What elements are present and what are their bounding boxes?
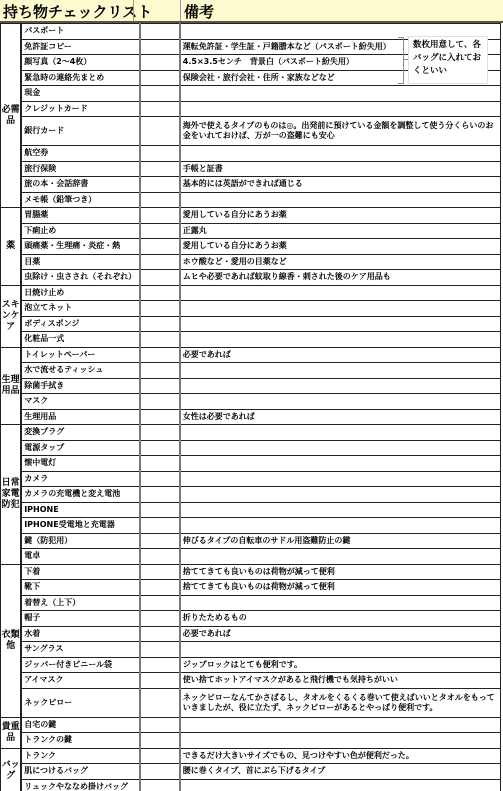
note-cell bbox=[180, 779, 501, 791]
table-row: アイマスク使い捨てホットアイマスクがあると飛行機でも気持ちがいい bbox=[1, 673, 501, 689]
item-name: 旅行保険 bbox=[21, 161, 140, 177]
check-cell[interactable] bbox=[140, 177, 179, 193]
check-cell[interactable] bbox=[140, 161, 179, 177]
item-name: 電卓 bbox=[21, 549, 140, 565]
check-cell[interactable] bbox=[140, 533, 179, 549]
category-label: 衣類他 bbox=[1, 564, 22, 717]
check-cell[interactable] bbox=[140, 471, 179, 487]
table-row: 電卓 bbox=[1, 549, 501, 565]
item-name: 緊急時の連絡先まとめ bbox=[21, 70, 140, 86]
note-cell: 正露丸 bbox=[180, 223, 501, 239]
note-cell bbox=[180, 316, 501, 332]
item-name: 着替え（上下） bbox=[21, 595, 140, 611]
category-label: スキンケア bbox=[1, 285, 22, 347]
category-label: バッグ bbox=[1, 748, 22, 791]
item-name: 銀行カード bbox=[21, 117, 140, 146]
check-cell[interactable] bbox=[140, 595, 179, 611]
table-row: バッグトランクできるだけ大きいサイズでもの、見つけやすい色が便利だった。 bbox=[1, 748, 501, 764]
item-name: 下痢止め bbox=[21, 223, 140, 239]
item-name: 航空券 bbox=[21, 146, 140, 162]
check-cell[interactable] bbox=[140, 487, 179, 503]
item-name: ネックピロー bbox=[21, 688, 140, 717]
note-cell bbox=[180, 642, 501, 658]
note-cell: 捨ててきても良いものは荷物が減って便利 bbox=[180, 564, 501, 580]
item-name: 帽子 bbox=[21, 611, 140, 627]
check-cell[interactable] bbox=[140, 117, 179, 146]
item-name: 自宅の鍵 bbox=[21, 717, 140, 733]
item-name: 胃腸薬 bbox=[21, 208, 140, 224]
category-label: 貴重品 bbox=[1, 717, 22, 748]
check-cell[interactable] bbox=[140, 518, 179, 534]
item-name: 現金 bbox=[21, 86, 140, 102]
table-row: IPHONE受電地と充電器 bbox=[1, 518, 501, 534]
check-cell[interactable] bbox=[140, 673, 179, 689]
table-row: 泡立てネット bbox=[1, 301, 501, 317]
table-row: 着替え（上下） bbox=[1, 595, 501, 611]
check-cell[interactable] bbox=[140, 378, 179, 394]
check-cell[interactable] bbox=[140, 642, 179, 658]
item-name: メモ帳（鉛筆つき） bbox=[21, 192, 140, 208]
check-cell[interactable] bbox=[140, 86, 179, 102]
item-name: トイレットペーパー bbox=[21, 347, 140, 363]
check-cell[interactable] bbox=[140, 208, 179, 224]
check-cell[interactable] bbox=[140, 332, 179, 348]
note-cell: 愛用している自分にあうお薬 bbox=[180, 239, 501, 255]
check-cell[interactable] bbox=[140, 502, 179, 518]
item-name: ボディスポンジ bbox=[21, 316, 140, 332]
column-divider bbox=[133, 0, 134, 21]
item-name: 目薬 bbox=[21, 254, 140, 270]
check-cell[interactable] bbox=[140, 440, 179, 456]
note-cell bbox=[180, 363, 501, 379]
item-name: 泡立てネット bbox=[21, 301, 140, 317]
check-cell[interactable] bbox=[140, 363, 179, 379]
item-name: IPHONE bbox=[21, 502, 140, 518]
check-cell[interactable] bbox=[140, 549, 179, 565]
table-row: 衣類他下着捨ててきても良いものは荷物が減って便利 bbox=[1, 564, 501, 580]
table-row: 薬胃腸薬愛用している自分にあうお薬 bbox=[1, 208, 501, 224]
note-cell bbox=[180, 518, 501, 534]
table-row: カメラ bbox=[1, 471, 501, 487]
note-cell: 折りたためるもの bbox=[180, 611, 501, 627]
table-row: 頭痛薬・生理痛・炎症・熱愛用している自分にあうお薬 bbox=[1, 239, 501, 255]
check-cell[interactable] bbox=[140, 394, 179, 410]
table-row: マスク bbox=[1, 394, 501, 410]
note-cell: 捨ててきても良いものは荷物が減って便利 bbox=[180, 580, 501, 596]
header-row: 持ち物チェックリスト 備考 bbox=[0, 0, 503, 23]
note-cell bbox=[180, 425, 501, 441]
item-name: カメラ bbox=[21, 471, 140, 487]
table-row: 電源タップ bbox=[1, 440, 501, 456]
table-row: トランクの鍵 bbox=[1, 733, 501, 749]
note-cell: 使い捨てホットアイマスクがあると飛行機でも気持ちがいい bbox=[180, 673, 501, 689]
note-cell bbox=[180, 717, 501, 733]
item-name: 水着 bbox=[21, 626, 140, 642]
table-row: 貴重品自宅の鍵 bbox=[1, 717, 501, 733]
note-cell: 手帳と証書 bbox=[180, 161, 501, 177]
check-cell[interactable] bbox=[140, 409, 179, 425]
note-cell bbox=[180, 502, 501, 518]
item-name: 除菌手拭き bbox=[21, 378, 140, 394]
item-name: ジッパー付きビニール袋 bbox=[21, 657, 140, 673]
note-cell: 基本的には英語ができれば通じる bbox=[180, 177, 501, 193]
table-row: 銀行カード海外で使えるタイプのものは◎。出発前に預けている金額を調整して使う分く… bbox=[1, 117, 501, 146]
item-name: 変換プラグ bbox=[21, 425, 140, 441]
table-row: 水で流せるティッシュ bbox=[1, 363, 501, 379]
note-cell: ジップロックはとても便利です。 bbox=[180, 657, 501, 673]
item-name: 免許証コピー bbox=[21, 39, 140, 55]
check-cell[interactable] bbox=[140, 101, 179, 117]
note-cell bbox=[180, 487, 501, 503]
item-name: トランクの鍵 bbox=[21, 733, 140, 749]
item-name: 虫除け・虫さされ（それぞれ） bbox=[21, 270, 140, 286]
check-cell[interactable] bbox=[140, 146, 179, 162]
item-name: 日焼け止め bbox=[21, 285, 140, 301]
check-cell[interactable] bbox=[140, 70, 179, 86]
item-name: 肌につけるバッグ bbox=[21, 764, 140, 780]
category-label: 薬 bbox=[1, 208, 22, 286]
table-row: 下痢止め正露丸 bbox=[1, 223, 501, 239]
note-cell: ホウ酸など・愛用の目薬など bbox=[180, 254, 501, 270]
note-cell bbox=[180, 733, 501, 749]
check-cell[interactable] bbox=[140, 717, 179, 733]
table-row: スキンケア日焼け止め bbox=[1, 285, 501, 301]
note-cell bbox=[180, 285, 501, 301]
note-cell: 必要であれば bbox=[180, 626, 501, 642]
item-name: マスク bbox=[21, 394, 140, 410]
table-row: メモ帳（鉛筆つき） bbox=[1, 192, 501, 208]
note-cell bbox=[180, 456, 501, 472]
item-name: 頭痛薬・生理痛・炎症・熱 bbox=[21, 239, 140, 255]
table-row: カメラの充電機と変え電池 bbox=[1, 487, 501, 503]
table-row: 除菌手拭き bbox=[1, 378, 501, 394]
table-row: ジッパー付きビニール袋ジップロックはとても便利です。 bbox=[1, 657, 501, 673]
table-row: 旅の本・会話辞書基本的には英語ができれば通じる bbox=[1, 177, 501, 193]
check-cell[interactable] bbox=[140, 456, 179, 472]
item-name: トランク bbox=[21, 748, 140, 764]
check-cell[interactable] bbox=[140, 626, 179, 642]
check-cell[interactable] bbox=[140, 779, 179, 791]
item-name: 旅の本・会話辞書 bbox=[21, 177, 140, 193]
check-cell[interactable] bbox=[140, 580, 179, 596]
note-cell: 必要であれば bbox=[180, 347, 501, 363]
check-cell[interactable] bbox=[140, 39, 179, 55]
check-cell[interactable] bbox=[140, 285, 179, 301]
table-row: サングラス bbox=[1, 642, 501, 658]
sheet-title: 持ち物チェックリスト bbox=[3, 1, 152, 22]
table-row: 虫除け・虫さされ（それぞれ）ムヒや必要であれば蚊取り線香・刺された後のケア用品も bbox=[1, 270, 501, 286]
notes-column-title: 備考 bbox=[184, 1, 214, 22]
note-cell bbox=[180, 301, 501, 317]
category-label: 生理用品 bbox=[1, 347, 22, 425]
check-cell[interactable] bbox=[140, 657, 179, 673]
item-name: IPHONE受電地と充電器 bbox=[21, 518, 140, 534]
check-cell[interactable] bbox=[140, 688, 179, 717]
item-name: サングラス bbox=[21, 642, 140, 658]
table-row: IPHONE bbox=[1, 502, 501, 518]
table-row: 靴下捨ててきても良いものは荷物が減って便利 bbox=[1, 580, 501, 596]
check-cell[interactable] bbox=[140, 425, 179, 441]
item-name: 顔写真（2〜4枚） bbox=[21, 55, 140, 71]
note-cell: できるだけ大きいサイズでもの、見つけやすい色が便利だった。 bbox=[180, 748, 501, 764]
table-row: ネックピローネックピローなんてかさばるし、タオルをくるくる巻いて使えばいいとタオ… bbox=[1, 688, 501, 717]
table-row: 日常家電防犯変換プラグ bbox=[1, 425, 501, 441]
item-name: クレジットカード bbox=[21, 101, 140, 117]
category-label: 必需品 bbox=[1, 24, 22, 208]
item-name: 水で流せるティッシュ bbox=[21, 363, 140, 379]
note-cell: ネックピローなんてかさばるし、タオルをくるくる巻いて使えばいいとタオルをもってい… bbox=[180, 688, 501, 717]
note-cell bbox=[180, 394, 501, 410]
item-name: 靴下 bbox=[21, 580, 140, 596]
table-row: 現金 bbox=[1, 86, 501, 102]
check-cell[interactable] bbox=[140, 55, 179, 71]
note-cell bbox=[180, 332, 501, 348]
table-row: リュックやななめ掛けバッグ bbox=[1, 779, 501, 791]
note-cell: 女性は必要であれば bbox=[180, 409, 501, 425]
note-cell bbox=[180, 378, 501, 394]
check-cell[interactable] bbox=[140, 316, 179, 332]
table-row: クレジットカード bbox=[1, 101, 501, 117]
check-cell[interactable] bbox=[140, 564, 179, 580]
check-cell[interactable] bbox=[140, 748, 179, 764]
check-cell[interactable] bbox=[140, 192, 179, 208]
check-cell[interactable] bbox=[140, 24, 179, 40]
table-row: 化粧品一式 bbox=[1, 332, 501, 348]
item-name: 電源タップ bbox=[21, 440, 140, 456]
checklist-table: 必需品パスポート免許証コピー運転免許証・学生証・戸籍謄本など（パスポート紛失用）… bbox=[0, 23, 501, 791]
note-cell bbox=[180, 146, 501, 162]
item-name: アイマスク bbox=[21, 673, 140, 689]
note-cell: 愛用している自分にあうお薬 bbox=[180, 208, 501, 224]
table-row: 航空券 bbox=[1, 146, 501, 162]
table-row: 帽子折りたためるもの bbox=[1, 611, 501, 627]
check-cell[interactable] bbox=[140, 270, 179, 286]
check-cell[interactable] bbox=[140, 764, 179, 780]
table-row: 肌につけるバッグ腰に巻くタイプ、首にぶら下げるタイプ bbox=[1, 764, 501, 780]
note-cell: 腰に巻くタイプ、首にぶら下げるタイプ bbox=[180, 764, 501, 780]
check-cell[interactable] bbox=[140, 733, 179, 749]
note-cell: ムヒや必要であれば蚊取り線香・刺された後のケア用品も bbox=[180, 270, 501, 286]
note-cell bbox=[180, 86, 501, 102]
item-name: パスポート bbox=[21, 24, 140, 40]
table-row: 水着必要であれば bbox=[1, 626, 501, 642]
note-cell bbox=[180, 440, 501, 456]
note-cell bbox=[180, 192, 501, 208]
note-cell: 伸びるタイプの自転車のサドル用盗難防止の鍵 bbox=[180, 533, 501, 549]
item-name: 懐中電灯 bbox=[21, 456, 140, 472]
check-cell[interactable] bbox=[140, 347, 179, 363]
check-cell[interactable] bbox=[140, 611, 179, 627]
check-cell[interactable] bbox=[140, 223, 179, 239]
table-row: 生理用品女性は必要であれば bbox=[1, 409, 501, 425]
table-row: 旅行保険手帳と証書 bbox=[1, 161, 501, 177]
note-cell bbox=[180, 471, 501, 487]
table-row: ボディスポンジ bbox=[1, 316, 501, 332]
item-name: 化粧品一式 bbox=[21, 332, 140, 348]
check-cell[interactable] bbox=[140, 301, 179, 317]
note-cell bbox=[180, 549, 501, 565]
check-cell[interactable] bbox=[140, 239, 179, 255]
note-cell bbox=[180, 101, 501, 117]
category-label: 日常家電防犯 bbox=[1, 425, 22, 565]
table-row: 鍵（防犯用）伸びるタイプの自転車のサドル用盗難防止の鍵 bbox=[1, 533, 501, 549]
callout-note: 数枚用意して、各バッグに入れておくといい bbox=[408, 36, 488, 84]
column-divider bbox=[180, 0, 181, 21]
note-cell bbox=[180, 595, 501, 611]
item-name: 鍵（防犯用） bbox=[21, 533, 140, 549]
table-row: 懐中電灯 bbox=[1, 456, 501, 472]
item-name: リュックやななめ掛けバッグ bbox=[21, 779, 140, 791]
note-cell: 海外で使えるタイプのものは◎。出発前に預けている金額を調整して使う分くらいのお金… bbox=[180, 117, 501, 146]
item-name: カメラの充電機と変え電池 bbox=[21, 487, 140, 503]
table-row: 生理用品トイレットペーパー必要であれば bbox=[1, 347, 501, 363]
table-row: 目薬ホウ酸など・愛用の目薬など bbox=[1, 254, 501, 270]
callout-bracket bbox=[398, 37, 404, 84]
item-name: 生理用品 bbox=[21, 409, 140, 425]
check-cell[interactable] bbox=[140, 254, 179, 270]
item-name: 下着 bbox=[21, 564, 140, 580]
